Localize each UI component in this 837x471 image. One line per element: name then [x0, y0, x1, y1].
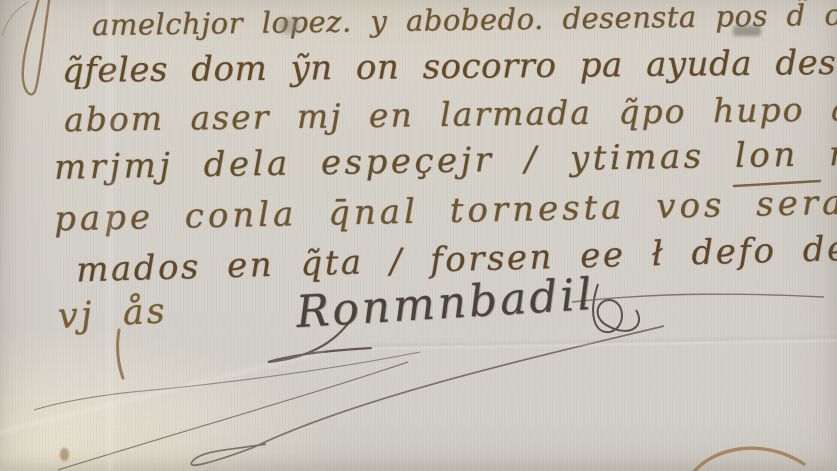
corner-arc-stroke	[692, 448, 804, 471]
signature-paraph-loop	[593, 284, 639, 332]
margin-hairline	[2, 2, 28, 36]
signature-flourish-right	[572, 294, 824, 302]
manuscript-line-1: amelchjor lopez. y abobedo. desensta pos…	[92, 0, 837, 42]
margin-stroke	[23, 0, 50, 94]
manuscript-page: amelchjor lopez. y abobedo. desensta pos…	[0, 0, 837, 471]
manuscript-line-5: pape conla q̄nal tornesta vos seran to	[54, 181, 837, 240]
paper-crease-horizontal	[370, 334, 837, 351]
signature-flourish-diagonal-2	[58, 362, 408, 470]
signature-flourish-diagonal	[191, 326, 664, 465]
manuscript-line-2: q̃feles dom ỹn on socorro pa ayuda desus…	[62, 41, 837, 91]
manuscript-line-7: vj ås	[57, 291, 169, 337]
ink-fleck	[60, 448, 69, 461]
paper-crease-diagonal	[0, 347, 326, 444]
manuscript-line-3: abom aser mj en larmada q̃po hupo al dee	[64, 88, 837, 139]
line7-descender	[118, 330, 123, 378]
manuscript-line-4: mrjmj dela espeçejr / ytimas lon m̃ de	[54, 132, 837, 188]
signature-flourish-diagonal-3	[34, 352, 420, 410]
